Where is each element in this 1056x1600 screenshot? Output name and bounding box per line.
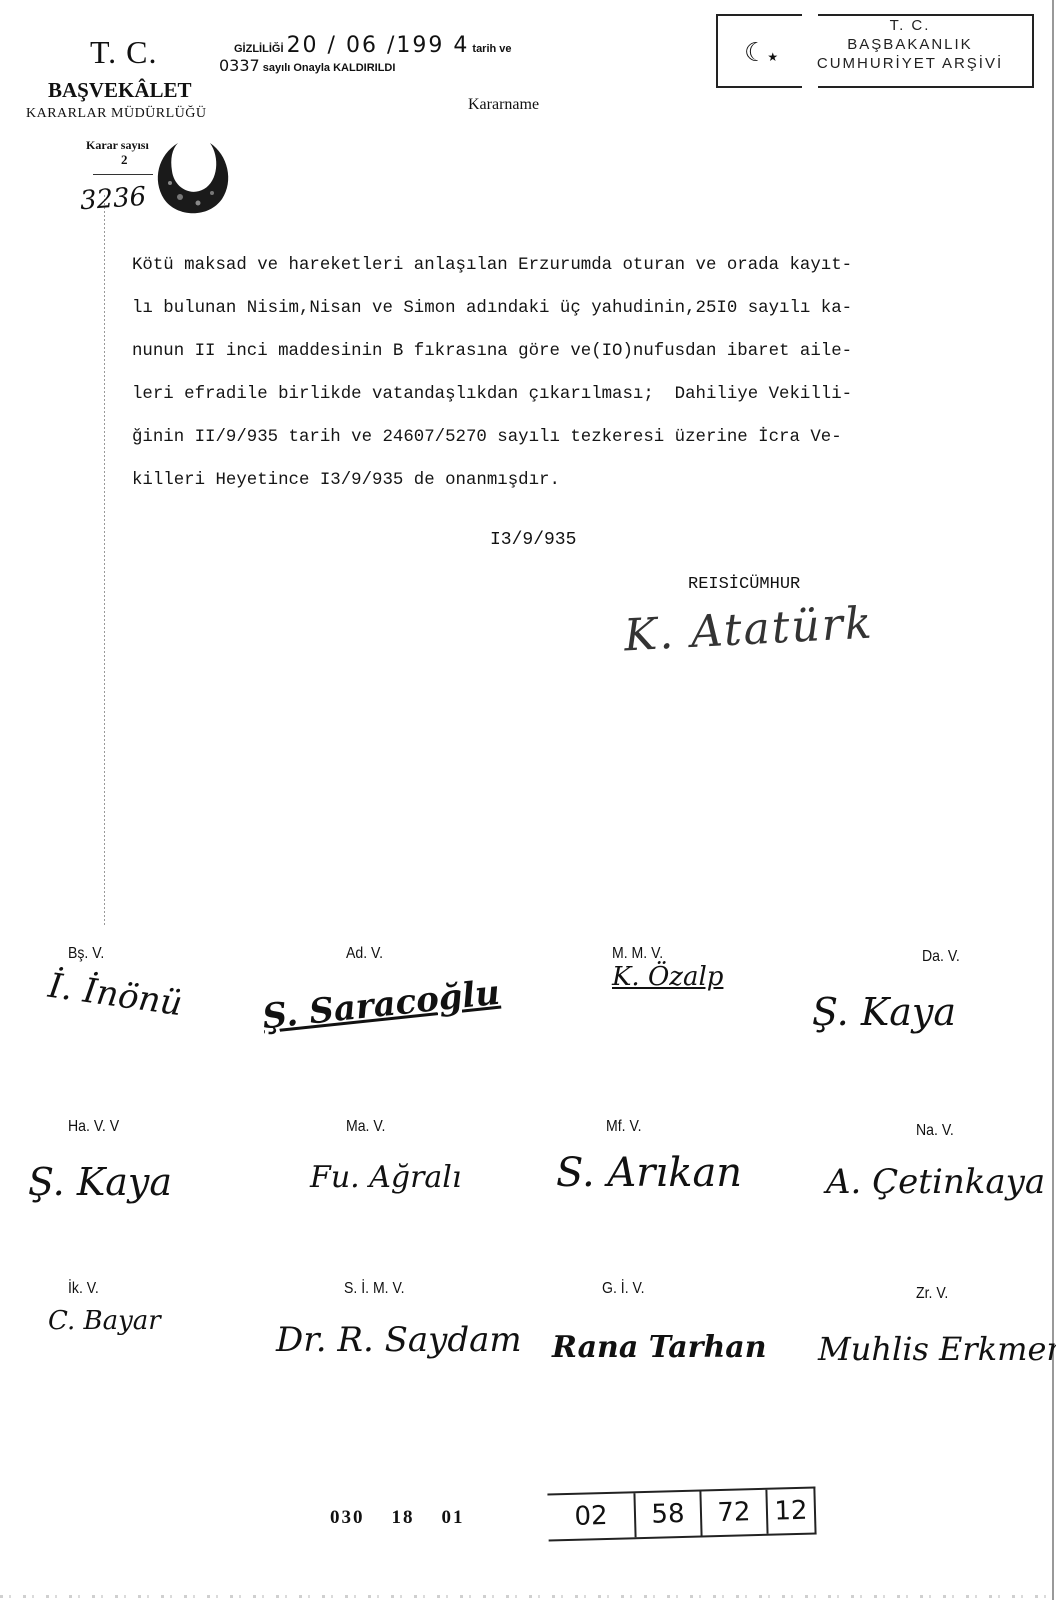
decree-body: Kötü maksad ve hareketleri anlaşılan Erz…: [132, 244, 1022, 502]
body-line: nunun II inci maddesinin B fıkrasına gör…: [132, 330, 1022, 373]
body-line: Kötü maksad ve hareketleri anlaşılan Erz…: [132, 244, 1022, 287]
body-line: ğinin II/9/935 tarih ve 24607/5270 sayıl…: [132, 416, 1022, 459]
minister-label: Bş. V.: [68, 945, 104, 963]
minister-label: Mf. V.: [606, 1118, 641, 1136]
president-title: REISİCÜMHUR: [688, 575, 800, 594]
minister-signature: Ş. Kaya: [28, 1160, 172, 1204]
header-tc: T. C.: [90, 34, 158, 71]
minister-label: M. M. V.: [612, 945, 663, 963]
minister-signature: A. Çetinkaya: [826, 1162, 1045, 1202]
minister-signature: Muhlis Erkmen: [818, 1330, 1056, 1368]
margin-rule: [104, 195, 105, 925]
doc-type: Kararname: [468, 96, 539, 114]
ref-box-cell: 58: [633, 1492, 700, 1538]
karar-number: 2: [121, 152, 128, 168]
archive-line3: CUMHURİYET ARŞİVİ: [800, 54, 1020, 73]
minister-signature: Ş. Kaya: [812, 990, 956, 1034]
ref-series: 18: [392, 1507, 415, 1528]
karar-rule: [93, 174, 153, 175]
reference-box: 02 58 72 12: [547, 1487, 816, 1542]
minister-label: Na. V.: [916, 1122, 954, 1140]
declass-stamp-line2: 0337 sayılı Onayla KALDIRILDI: [219, 56, 395, 75]
minister-signature: Fu. Ağralı: [310, 1160, 462, 1195]
minister-label: İk. V.: [68, 1280, 99, 1298]
ref-box-cell: 72: [699, 1490, 766, 1536]
body-line: lı bulunan Nisim,Nisan ve Simon adındaki…: [132, 287, 1022, 330]
body-line: killeri Heyetince I3/9/935 de onanmışdır…: [132, 459, 1022, 502]
minister-signature: C. Bayar: [48, 1306, 161, 1336]
ref-sub: 01: [442, 1507, 465, 1528]
handwritten-number: 3236: [79, 182, 147, 217]
minister-label: Ad. V.: [346, 945, 383, 963]
crescent-seal-icon: [150, 135, 235, 220]
archive-stamp-text: T. C. BAŞBAKANLIK CUMHURİYET ARŞİVİ: [800, 16, 1020, 73]
minister-label: Ma. V.: [346, 1118, 385, 1136]
decree-date: I3/9/935: [490, 530, 576, 550]
minister-label: Da. V.: [922, 948, 960, 966]
minister-signature: K. Özalp: [612, 962, 723, 992]
body-line: leri efradile birlikde vatandaşlıkdan çı…: [132, 373, 1022, 416]
minister-label: Ha. V. V: [68, 1118, 119, 1136]
archive-reference: 030 18 01: [330, 1507, 465, 1529]
ref-box-cell: 02: [547, 1493, 634, 1539]
declass-stamp-line1: GİZLİLİĞİ 20 / 06 /199 4 tarih ve: [234, 33, 512, 58]
minister-signature: İ. İnönü: [46, 966, 185, 1024]
minister-label: G. İ. V.: [602, 1280, 645, 1298]
karar-label: Karar sayısı: [86, 138, 149, 153]
scan-noise: [0, 1595, 1056, 1598]
header-department: KARARLAR MÜDÜRLÜĞÜ: [26, 106, 207, 122]
declass-suffix: tarih ve: [472, 43, 511, 55]
declass-number: 0337: [219, 56, 260, 75]
minister-signature: Rana Tarhan: [552, 1330, 767, 1365]
ref-fond: 030: [330, 1507, 365, 1528]
archive-line1: T. C.: [800, 16, 1020, 35]
minister-signature: Dr. R. Saydam: [276, 1320, 522, 1360]
declass-suffix2: sayılı Onayla KALDIRILDI: [263, 62, 396, 74]
minister-label: S. İ. M. V.: [344, 1280, 405, 1298]
header-office: BAŞVEKÂLET: [48, 78, 192, 103]
ref-box-cell: 12: [765, 1489, 814, 1534]
declass-date: 20 / 06 /199 4: [287, 33, 470, 58]
minister-label: Zr. V.: [916, 1285, 948, 1303]
president-signature: K. Atatürk: [623, 598, 875, 662]
archive-line2: BAŞBAKANLIK: [800, 35, 1020, 54]
minister-signature: Ş. Saracoğlu: [261, 973, 502, 1038]
crescent-star-icon: ☾★: [744, 38, 778, 68]
declass-prefix: GİZLİLİĞİ: [234, 43, 284, 55]
minister-signature: S. Arıkan: [556, 1150, 742, 1196]
